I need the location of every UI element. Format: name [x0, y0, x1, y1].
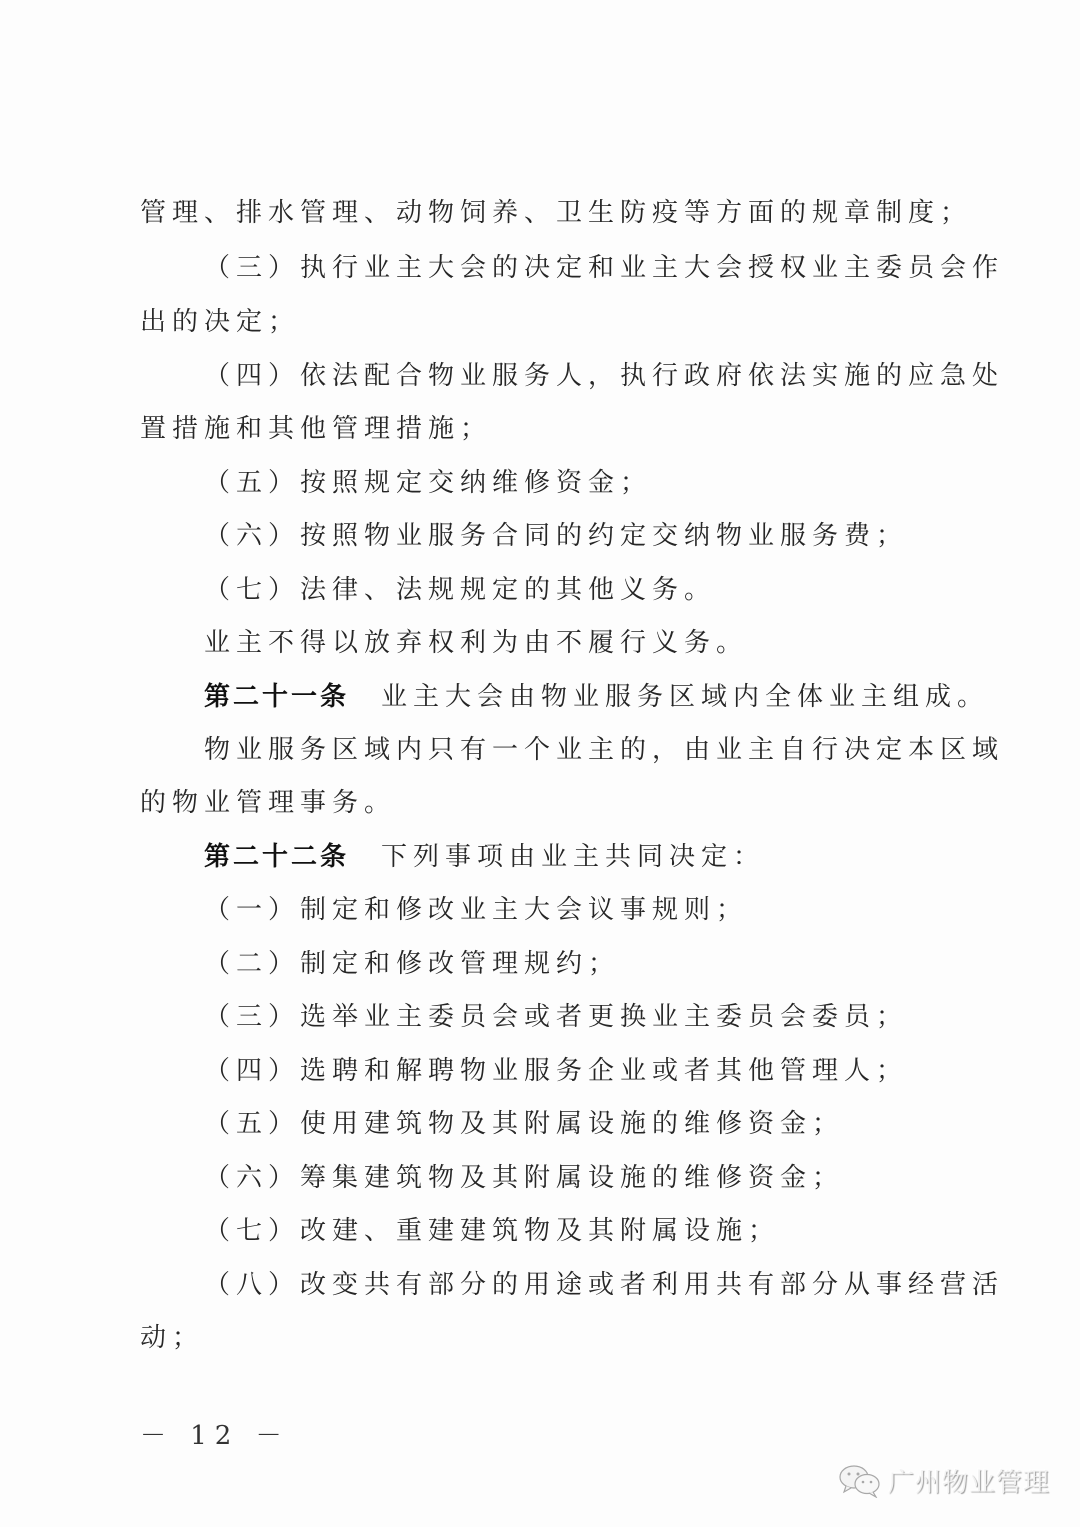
text-line: 的物业管理事务。 — [140, 783, 960, 823]
watermark-text: 广州物业管理 — [888, 1462, 1050, 1499]
article-heading: 第二十一条 — [204, 682, 349, 712]
list-item: （五）按照规定交纳维修资金； — [204, 463, 1024, 503]
document-page: 管理、排水管理、动物饲养、卫生防疫等方面的规章制度； （三）执行业主大会的决定和… — [0, 0, 1080, 1527]
list-item: （七）法律、法规规定的其他义务。 — [204, 570, 1024, 610]
article-heading: 第二十二条 — [204, 842, 349, 872]
list-item: （五）使用建筑物及其附属设施的维修资金； — [204, 1104, 1024, 1144]
list-item: （一）制定和修改业主大会议事规则； — [204, 890, 1024, 930]
wechat-icon — [838, 1464, 882, 1498]
list-item: （四）选聘和解聘物业服务企业或者其他管理人； — [204, 1051, 1024, 1091]
list-item: （三）选举业主委员会或者更换业主委员会委员； — [204, 997, 1024, 1037]
text-line: 置措施和其他管理措施； — [140, 409, 960, 449]
paragraph: 业主不得以放弃权利为由不履行义务。 — [204, 623, 1024, 663]
list-item: （八）改变共有部分的用途或者利用共有部分从事经营活 — [204, 1265, 1024, 1305]
watermark: 广州物业管理 — [838, 1462, 1050, 1499]
list-item: （六）筹集建筑物及其附属设施的维修资金； — [204, 1158, 1024, 1198]
article-22: 第二十二条下列事项由业主共同决定： — [204, 837, 1024, 877]
text-line: 出的决定； — [140, 302, 960, 342]
list-item: （三）执行业主大会的决定和业主大会授权业主委员会作 — [204, 248, 1024, 288]
article-body: 下列事项由业主共同决定： — [381, 842, 765, 872]
list-item: （七）改建、重建建筑物及其附属设施； — [204, 1211, 1024, 1251]
text-line: 管理、排水管理、动物饲养、卫生防疫等方面的规章制度； — [140, 193, 960, 233]
list-item: （四）依法配合物业服务人，执行政府依法实施的应急处 — [204, 356, 1024, 396]
list-item: （六）按照物业服务合同的约定交纳物业服务费； — [204, 516, 1024, 556]
text-line: 动； — [140, 1318, 960, 1358]
page-number: － 12 － — [140, 1415, 290, 1452]
paragraph: 物业服务区域内只有一个业主的，由业主自行决定本区域 — [204, 730, 1024, 770]
list-item: （二）制定和修改管理规约； — [204, 944, 1024, 984]
article-body: 业主大会由物业服务区域内全体业主组成。 — [381, 682, 989, 712]
article-21: 第二十一条业主大会由物业服务区域内全体业主组成。 — [204, 677, 1024, 717]
